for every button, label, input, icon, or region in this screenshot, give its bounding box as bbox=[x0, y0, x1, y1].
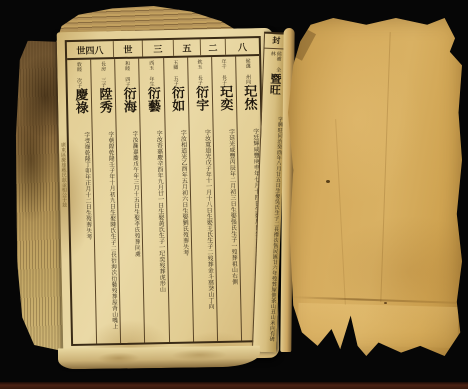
column-annotation: 年千 長子 bbox=[220, 59, 227, 85]
paper-speck bbox=[384, 302, 387, 304]
person-name: 慶祿 bbox=[72, 88, 87, 130]
person-name: 玘烋 bbox=[241, 84, 256, 126]
header-cell: 八 bbox=[226, 38, 259, 55]
genealogy-columns: 敦睦 次子 慶祿 字受祿乾隆丁卯年正月十二日生歿葬失考 長房 三子 陞秀 字朝陞… bbox=[67, 56, 265, 344]
header-cell: 三 bbox=[143, 40, 174, 57]
photo-of-genealogy-book: 廣東區慶雄藏民兹金相公于兹 世四八 世 三 五 二 八 敦睦 次子 慶祿 字受祿… bbox=[0, 0, 468, 389]
biography-text: 字興旺同治癸酉年八月廿五日生娶吳氏生子二長禮次智民國廿六年歿葬屋側茶山丑山未向有… bbox=[255, 116, 283, 349]
column-annotation: 候選 州同 bbox=[245, 58, 252, 84]
table-surface-edge bbox=[0, 382, 468, 389]
header-cell: 二 bbox=[201, 39, 226, 56]
book-bottom-page-edges bbox=[58, 346, 260, 370]
person-name: 陞秀 bbox=[96, 87, 111, 129]
biography-text: 字受祿乾隆丁卯年正月十二日生歿葬失考 bbox=[71, 132, 94, 338]
header-cell: 世 bbox=[114, 40, 143, 57]
biography-text: 字朝陞乾隆壬子年十月初九日生娶陳氏生子二長衍海次衍藝歿葬屋背山嘴上 bbox=[95, 131, 118, 337]
biography-text: 字汝瀾嘉慶戊午年三月十五日生娶李氏歿葬同處 bbox=[119, 131, 142, 337]
biography-text: 字汝寬道光戊子年十一月十八日生娶王氏生子二歿葬金斗窩癸山丁向 bbox=[191, 129, 214, 335]
paper-crease bbox=[291, 296, 458, 304]
person-name: 衍宇 bbox=[193, 85, 208, 127]
column-annotation: 和睦 四子 bbox=[124, 61, 131, 87]
column-annotation: 候補 全林 bbox=[269, 51, 282, 73]
biography-text: 字汝香嘉慶辛酉年九月廿一日生娶黃氏生子一玘奕歿葬虎形山 bbox=[143, 130, 166, 336]
paper-crease bbox=[335, 119, 346, 305]
left-page: 廣東區慶雄藏民兹金相公于兹 世四八 世 三 五 二 八 敦睦 次子 慶祿 字受祿… bbox=[57, 28, 280, 362]
person-name: 衍如 bbox=[169, 86, 184, 128]
header-cell: 五 bbox=[174, 39, 201, 56]
paper-speck bbox=[326, 180, 330, 183]
column-annotation: 欽玉 長子 bbox=[196, 59, 203, 85]
genealogy-table: 世四八 世 三 五 二 八 敦睦 次子 慶祿 字受祿乾隆丁卯年正月十二日生歿葬失… bbox=[65, 36, 267, 346]
column-annotation: 西玉 年生 bbox=[148, 60, 155, 86]
column-annotation: 敦睦 次子 bbox=[76, 62, 83, 88]
biography-text: 字廷光咸豐丙辰年二月初三日生娶張氏生子一歿葬祖山右側 bbox=[215, 129, 238, 335]
column-annotation: 玉卿 五子 bbox=[172, 60, 179, 86]
paper-fold-highlight bbox=[298, 303, 459, 348]
person-name: 衍藝 bbox=[145, 86, 160, 128]
paper-crease bbox=[381, 32, 391, 302]
header-cell: 世四八 bbox=[67, 41, 114, 58]
biography-text: 字汝相道光乙酉年五月初六日生娶劉氏歿葬失考 bbox=[167, 130, 190, 336]
column-annotation: 長房 三子 bbox=[100, 61, 107, 87]
person-name: 暨旺 bbox=[268, 73, 281, 111]
right-page-blank bbox=[288, 18, 462, 356]
person-name: 玘奕 bbox=[217, 85, 232, 127]
person-name: 衍海 bbox=[121, 87, 136, 129]
